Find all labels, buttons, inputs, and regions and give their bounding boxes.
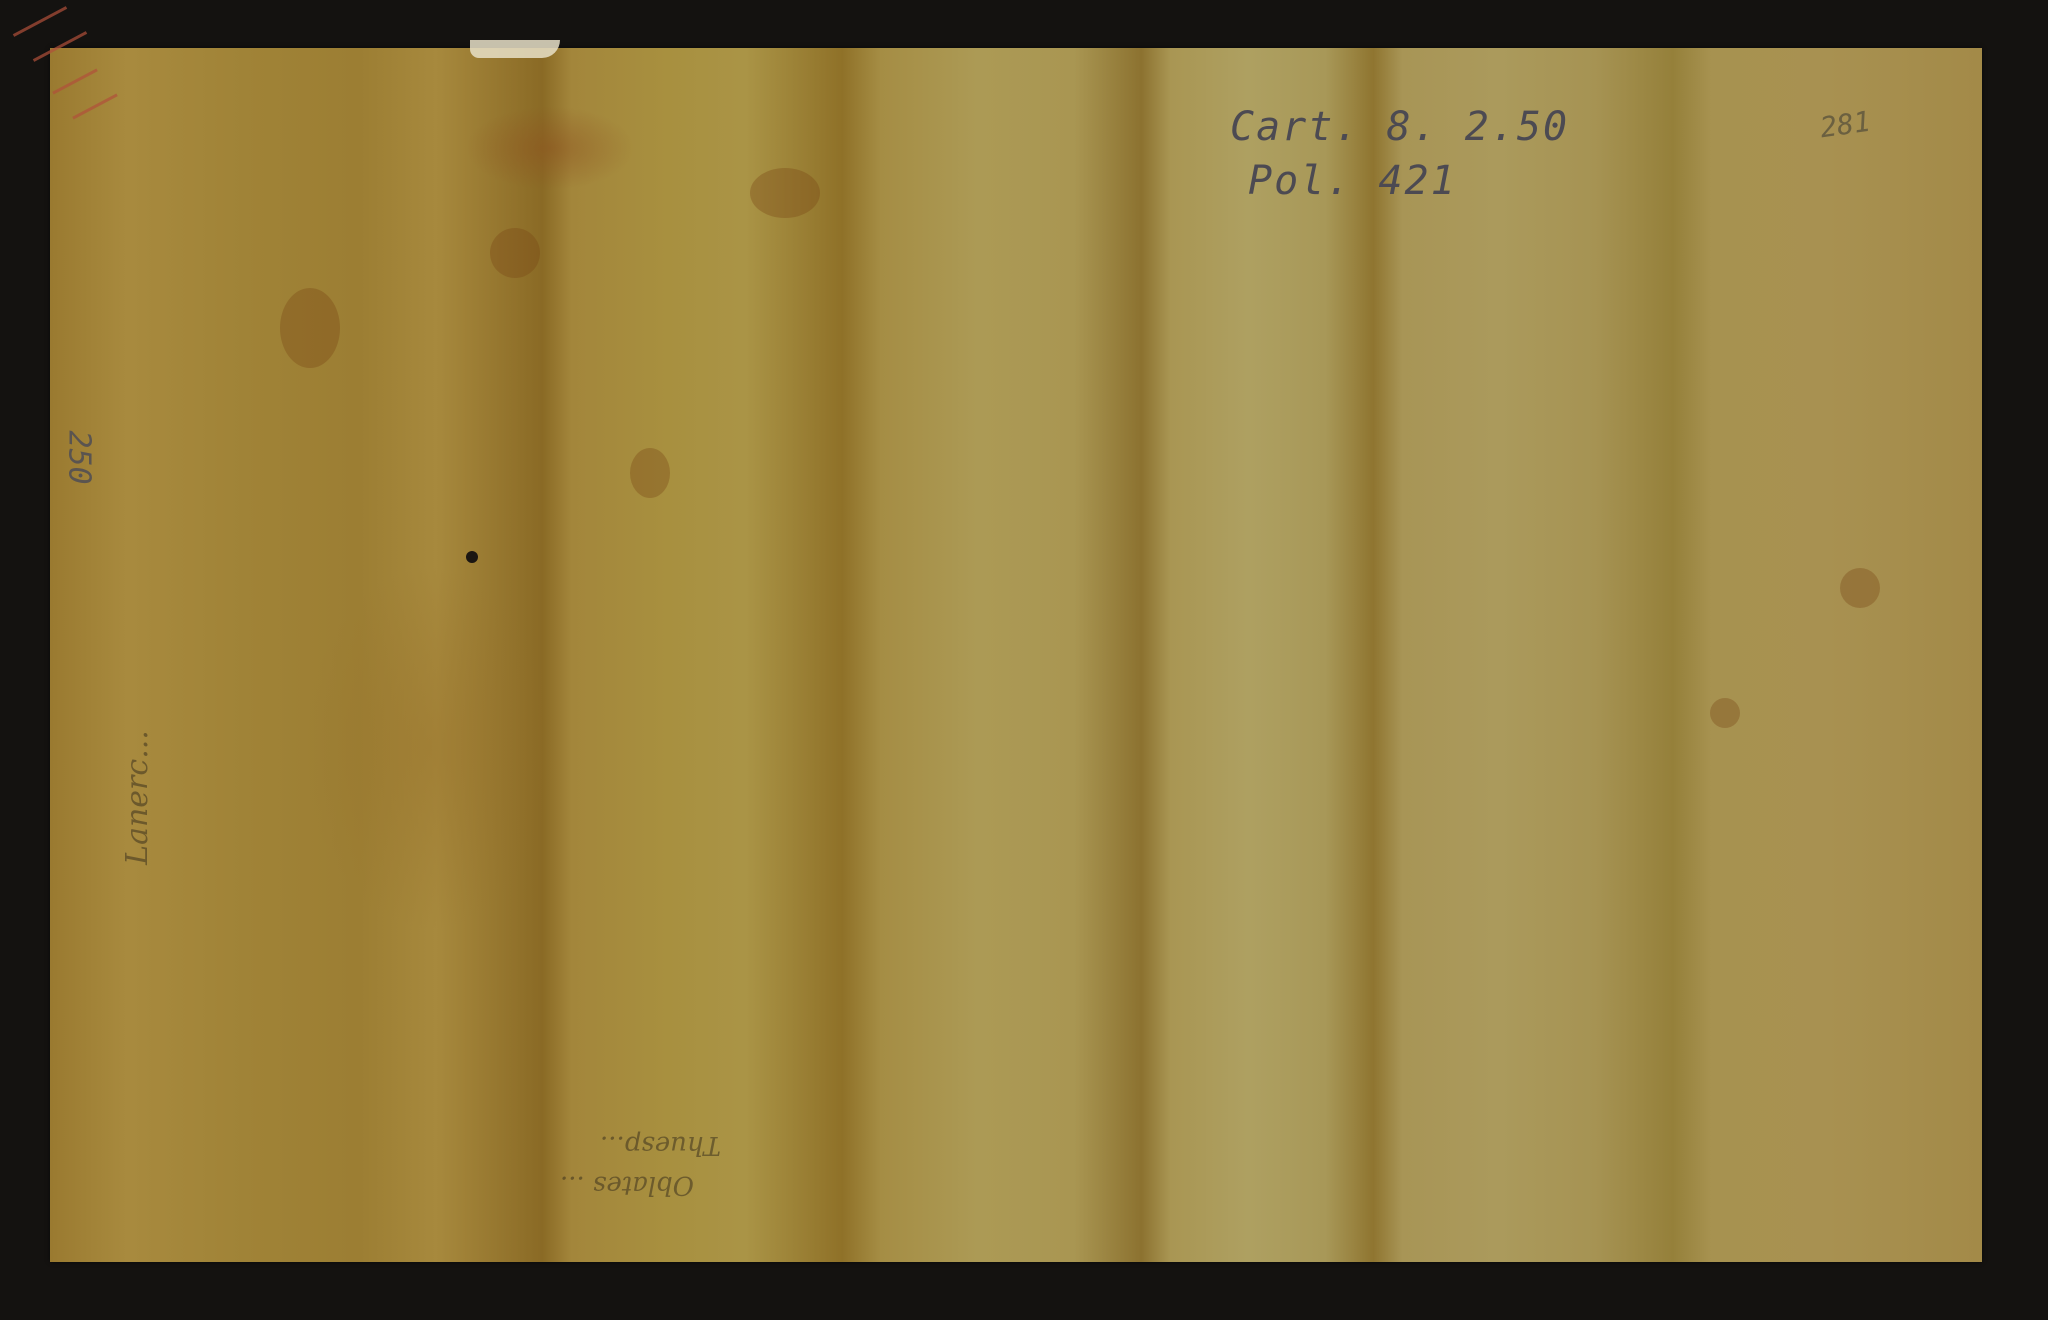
stain xyxy=(630,448,670,498)
parchment-document xyxy=(50,48,1982,1262)
stain xyxy=(490,228,540,278)
stain xyxy=(1840,568,1880,608)
left-vertical-inscription: Lanerc... xyxy=(120,730,155,865)
left-edge-number: 250 xyxy=(62,430,97,484)
stain xyxy=(1710,698,1740,728)
shelfmark-annotation: Cart. 8. 2.50 Pol. 421 xyxy=(1230,100,1569,208)
shelfmark-line-1: Cart. 8. 2.50 xyxy=(1230,100,1569,154)
stain xyxy=(280,288,340,368)
corner-number: 281 xyxy=(1818,105,1873,145)
stain xyxy=(750,168,820,218)
hole xyxy=(466,551,478,563)
bottom-inscription-2: Oblates ... xyxy=(560,1170,694,1200)
shelfmark-line-2: Pol. 421 xyxy=(1230,154,1569,208)
torn-edge xyxy=(470,40,560,58)
bottom-inscription-1: Thuesp... xyxy=(600,1130,721,1160)
